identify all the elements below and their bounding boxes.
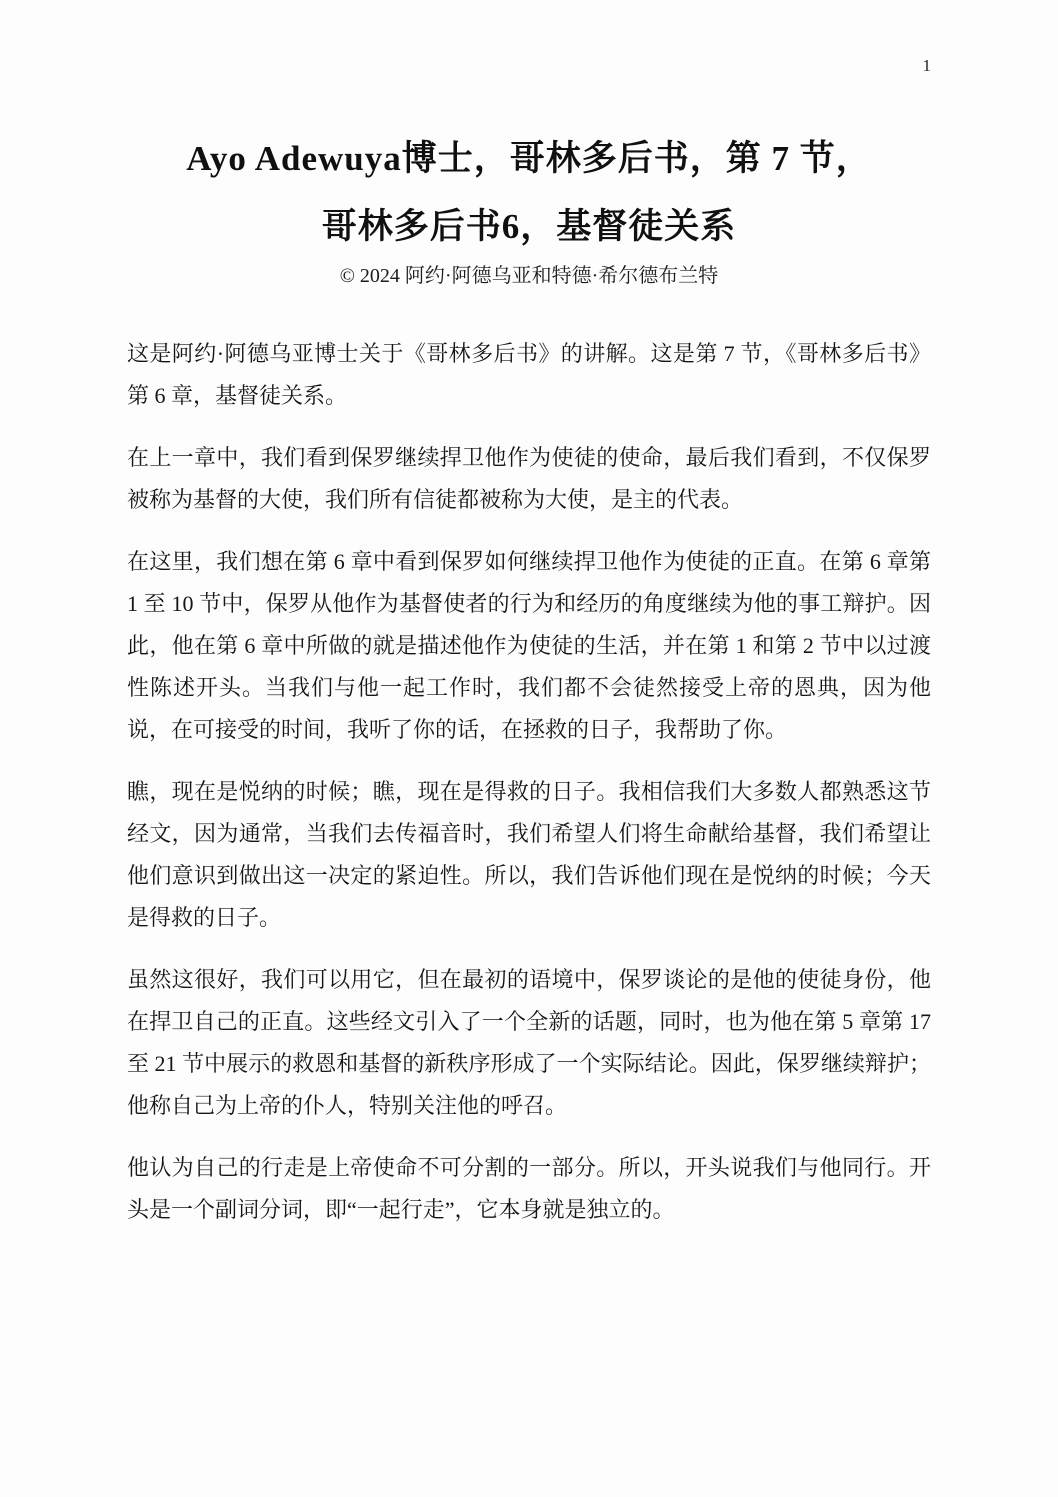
document-body: 这是阿约·阿德乌亚博士关于《哥林多后书》的讲解。这是第 7 节，《哥林多后书》第… [127,333,931,1231]
paragraph: 虽然这很好，我们可以用它，但在最初的语境中，保罗谈论的是他的使徒身份，他在捍卫自… [127,959,931,1127]
copyright-line: © 2024 阿约·阿德乌亚和特德·希尔德布兰特 [127,261,931,291]
paragraph: 在上一章中，我们看到保罗继续捍卫他作为使徒的使命，最后我们看到，不仅保罗被称为基… [127,437,931,521]
page-number: 1 [127,55,931,77]
title-line-1: Ayo Adewuya博士，哥林多后书，第 7 节， [127,125,931,193]
title-line-2: 哥林多后书6，基督徒关系 [127,193,931,261]
paragraph: 在这里，我们想在第 6 章中看到保罗如何继续捍卫他作为使徒的正直。在第 6 章第… [127,541,931,751]
document-title: Ayo Adewuya博士，哥林多后书，第 7 节， 哥林多后书6，基督徒关系 [127,125,931,261]
paragraph: 他认为自己的行走是上帝使命不可分割的一部分。所以，开头说我们与他同行。开头是一个… [127,1147,931,1231]
document-page: 1 Ayo Adewuya博士，哥林多后书，第 7 节， 哥林多后书6，基督徒关… [0,0,1058,1497]
paragraph: 瞧，现在是悦纳的时候；瞧，现在是得救的日子。我相信我们大多数人都熟悉这节经文，因… [127,771,931,939]
paragraph: 这是阿约·阿德乌亚博士关于《哥林多后书》的讲解。这是第 7 节，《哥林多后书》第… [127,333,931,417]
